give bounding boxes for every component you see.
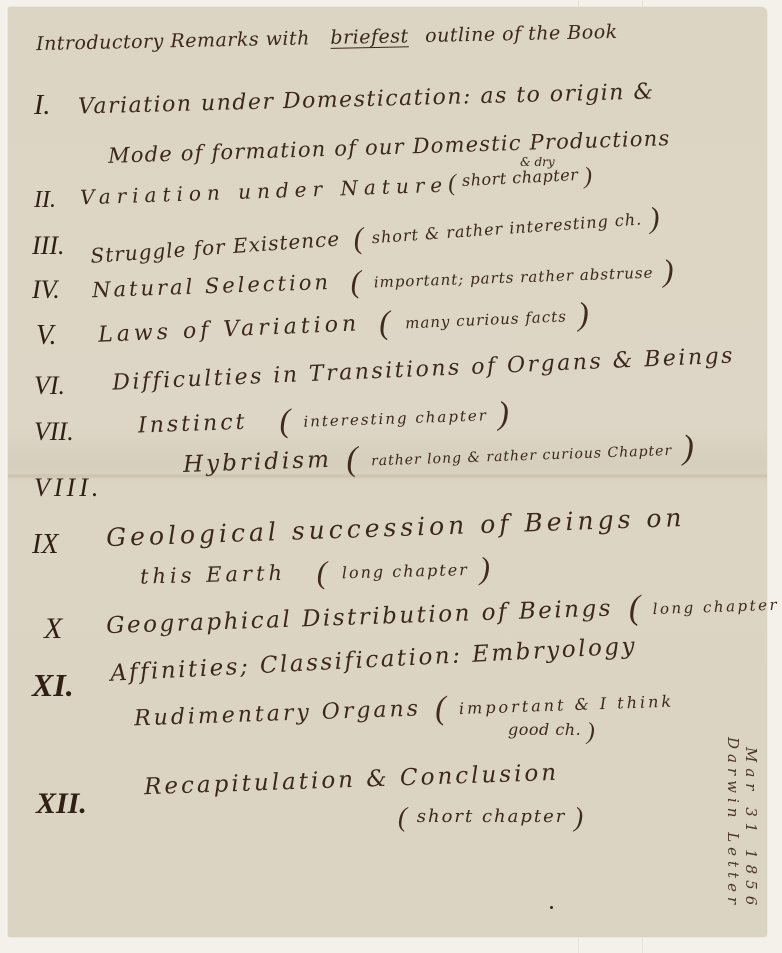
chapter-3-title-text: Struggle for Existence (90, 227, 341, 268)
chapter-5-numeral: V. (36, 320, 57, 352)
chapter-7-numeral: VII. (34, 417, 74, 447)
chapter-4-note: important; parts rather abstruse (373, 264, 653, 292)
chapter-8-title-text: Hybridism (183, 447, 333, 478)
chapter-1-title: Variation under Domestication: as to ori… (78, 79, 655, 119)
chapter-4-title-text: Natural Selection (92, 270, 332, 302)
chapter-12-note-text: short chapter (417, 806, 567, 827)
chapter-1-continuation: Mode of formation of our Domestic Produc… (108, 126, 671, 168)
chapter-2-numeral: II. (34, 187, 56, 214)
heading-underlined-word: briefest (330, 25, 409, 49)
chapter-10-title-text: Geographical Distribution of Beings (106, 595, 614, 639)
chapter-2-title: Variation under Nature (80, 173, 449, 210)
chapter-11-note-continuation-text: good ch. (508, 720, 581, 739)
chapter-9-title: Geological succession of Beings on (106, 503, 686, 552)
chapter-1-numeral: I. (34, 90, 50, 122)
chapter-9-numeral: IX (32, 529, 58, 561)
chapter-3-note: short & rather interesting ch. (371, 209, 643, 247)
chapter-4-numeral: IV. (32, 275, 60, 305)
chapter-9-continuation-text: this Earth (140, 561, 287, 589)
chapter-10-numeral: X (44, 612, 62, 646)
chapter-6-numeral: VI. (34, 371, 65, 401)
chapter-9-continuation: this Earth ( long chapter ) (140, 550, 495, 595)
chapter-10-note: long chapter (652, 596, 779, 618)
chapter-11-numeral: XI. (32, 667, 74, 704)
ink-fleck (550, 906, 553, 909)
chapter-8-numeral: VIII. (34, 473, 102, 503)
manuscript-page: Introductory Remarks with briefest outli… (8, 7, 767, 937)
chapter-11-continuation-text: Rudimentary Organs (134, 696, 422, 731)
chapter-6-title: Difficulties in Transitions of Organs & … (112, 343, 736, 395)
chapter-7-title-text: Instinct (138, 410, 248, 439)
chapter-11-note: important & I think (459, 692, 675, 718)
heading: Introductory Remarks with briefest outli… (36, 21, 618, 55)
chapter-12-title: Recapitulation & Conclusion (144, 760, 560, 800)
margin-annotation-label: Darwin Letter (724, 737, 742, 909)
chapter-3-numeral: III. (32, 231, 64, 261)
heading-before: Introductory Remarks with (36, 27, 310, 55)
chapter-8-note: rather long & rather curious Chapter (371, 443, 673, 470)
margin-annotation-date: Mar 31 1856 (742, 747, 760, 911)
chapter-11-note-continuation: good ch. ) (508, 719, 595, 746)
chapter-9-note: long chapter (342, 560, 469, 582)
chapter-5-note: many curious facts (405, 307, 568, 332)
chapter-12-numeral: XII. (36, 787, 87, 821)
chapter-5-title-text: Laws of Variation (98, 311, 361, 347)
heading-after: outline of the Book (425, 21, 618, 47)
chapter-12-note: ( short chapter ) (398, 802, 585, 833)
chapter-7-note: interesting chapter (303, 406, 488, 430)
chapter-2-insert: & dry (520, 155, 555, 169)
